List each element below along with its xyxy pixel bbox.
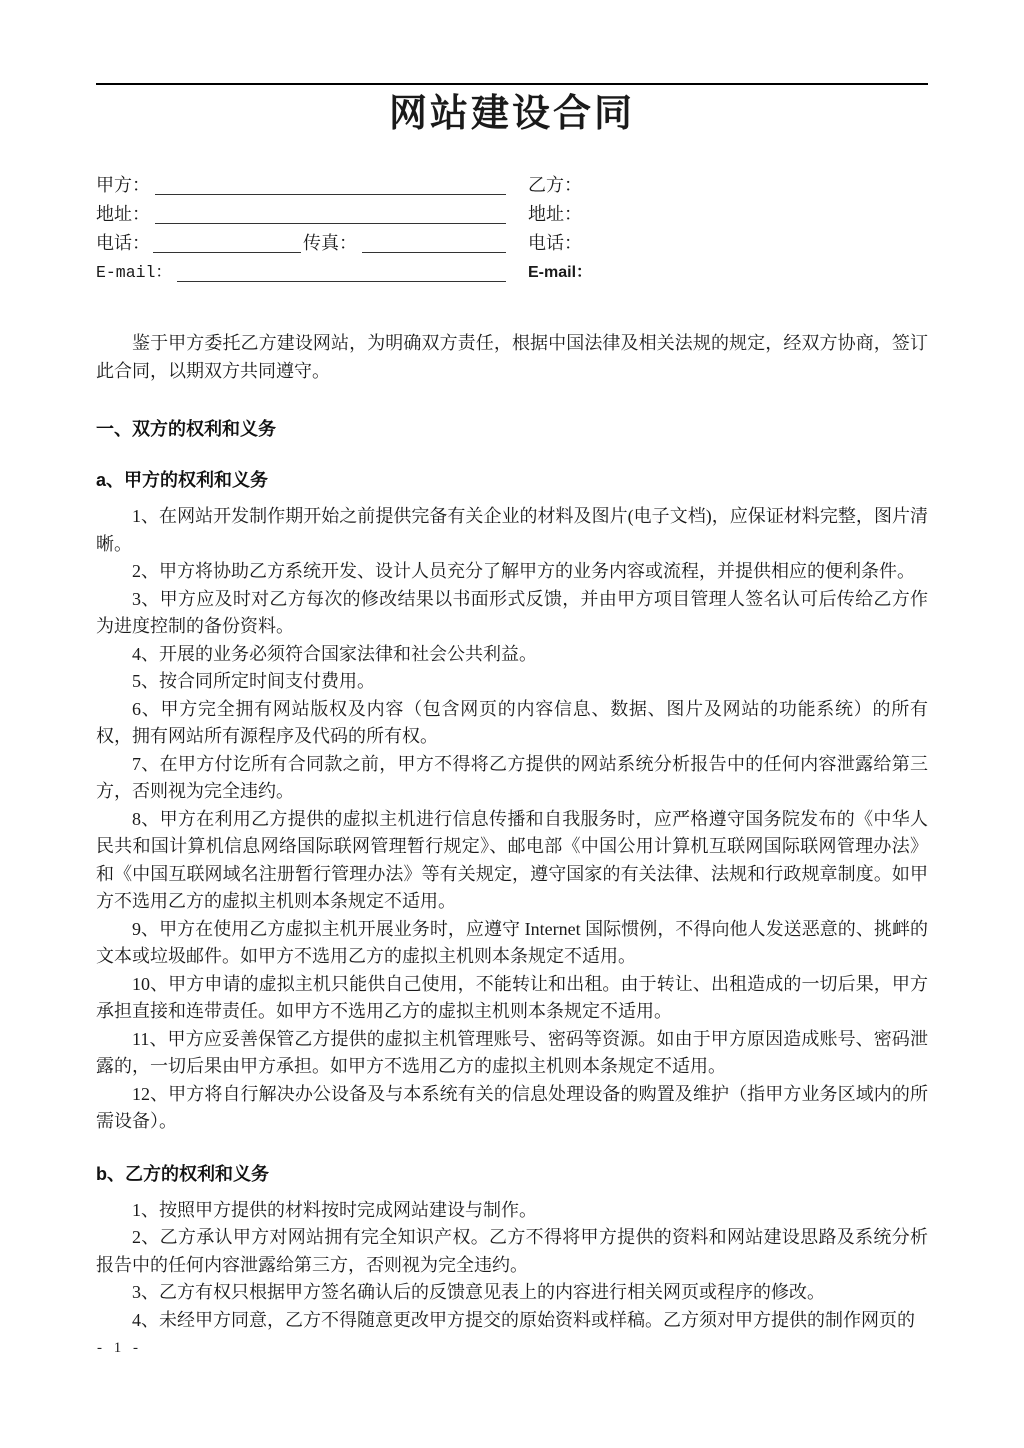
page-number: - 1 - [97,1340,142,1357]
email-a-cell: E-mail： [96,260,506,285]
intro-paragraph: 鉴于甲方委托乙方建设网站，为明确双方责任，根据中国法律及相关法规的规定，经双方协… [96,330,928,385]
email-b-cell: E-mail： [528,260,928,285]
party-a-blank-line[interactable] [155,175,506,195]
party-a-clause-2: 2、甲方将协助乙方系统开发、设计人员充分了解甲方的业务内容或流程，并提供相应的便… [96,558,928,586]
phone-b-label: 电话： [528,231,582,256]
email-b-label: E-mail： [528,260,592,285]
party-b-clause-4: 4、未经甲方同意，乙方不得随意更改甲方提交的原始资料或样稿。乙方须对甲方提供的制… [96,1307,928,1335]
document-title: 网站建设合同 [96,91,928,137]
section-1-heading: 一、双方的权利和义务 [96,416,928,442]
phone-a-label: 电话： [96,231,150,256]
phone-b-cell: 电话： [528,231,928,256]
document-content: 网站建设合同 甲方： 乙方： 地址： 地址： [96,0,928,1334]
phone-fax-a-cell: 电话： 传真： [96,231,506,256]
party-a-clause-7: 7、在甲方付讫所有合同款之前，甲方不得将乙方提供的网站系统分析报告中的任何内容泄… [96,751,928,806]
header-rule [96,83,928,85]
party-a-clause-9: 9、甲方在使用乙方虚拟主机开展业务时，应遵守 Internet 国际惯例，不得向… [96,916,928,971]
address-a-blank-line[interactable] [155,204,506,224]
party-b-label: 乙方： [528,173,582,198]
party-a-clause-4: 4、开展的业务必须符合国家法律和社会公共利益。 [96,641,928,669]
form-row-email: E-mail： E-mail： [96,256,928,285]
party-a-clause-5: 5、按合同所定时间支付费用。 [96,668,928,696]
form-row-phone: 电话： 传真： 电话： [96,227,928,256]
email-a-label: E-mail： [96,260,172,285]
party-a-clause-6: 6、甲方完全拥有网站版权及内容（包含网页的内容信息、数据、图片及网站的功能系统）… [96,696,928,751]
party-info-form: 甲方： 乙方： 地址： 地址： 电话： [96,169,928,285]
party-a-clause-1: 1、在网站开发制作期开始之前提供完备有关企业的材料及图片(电子文档)，应保证材料… [96,503,928,558]
party-a-clause-10: 10、甲方申请的虚拟主机只能供自己使用，不能转让和出租。由于转让、出租造成的一切… [96,971,928,1026]
party-b-clause-3: 3、乙方有权只根据甲方签名确认后的反馈意见表上的内容进行相关网页或程序的修改。 [96,1279,928,1307]
contract-document-page: 网站建设合同 甲方： 乙方： 地址： 地址： [0,0,1024,1448]
fax-a-label: 传真： [303,231,357,256]
party-b-clause-1: 1、按照甲方提供的材料按时完成网站建设与制作。 [96,1197,928,1225]
address-a-cell: 地址： [96,202,506,227]
section-a-heading: a、甲方的权利和义务 [96,467,928,493]
form-row-address: 地址： 地址： [96,198,928,227]
party-b-cell: 乙方： [528,173,928,198]
party-a-clause-11: 11、甲方应妥善保管乙方提供的虚拟主机管理账号、密码等资源。如由于甲方原因造成账… [96,1026,928,1081]
party-a-clause-12: 12、甲方将自行解决办公设备及与本系统有关的信息处理设备的购置及维护（指甲方业务… [96,1081,928,1136]
fax-a-blank-line[interactable] [362,233,506,253]
address-a-label: 地址： [96,202,150,227]
party-a-cell: 甲方： [96,173,506,198]
party-a-clause-8: 8、甲方在利用乙方提供的虚拟主机进行信息传播和自我服务时，应严格遵守国务院发布的… [96,806,928,916]
section-b-heading: b、乙方的权利和义务 [96,1161,928,1187]
form-row-party: 甲方： 乙方： [96,169,928,198]
email-a-blank-line[interactable] [177,262,506,282]
party-a-clause-3: 3、甲方应及时对乙方每次的修改结果以书面形式反馈，并由甲方项目管理人签名认可后传… [96,586,928,641]
party-b-clause-2: 2、乙方承认甲方对网站拥有完全知识产权。乙方不得将甲方提供的资料和网站建设思路及… [96,1224,928,1279]
address-b-label: 地址： [528,202,582,227]
phone-a-blank-line[interactable] [153,233,301,253]
address-b-cell: 地址： [528,202,928,227]
party-a-label: 甲方： [96,173,150,198]
